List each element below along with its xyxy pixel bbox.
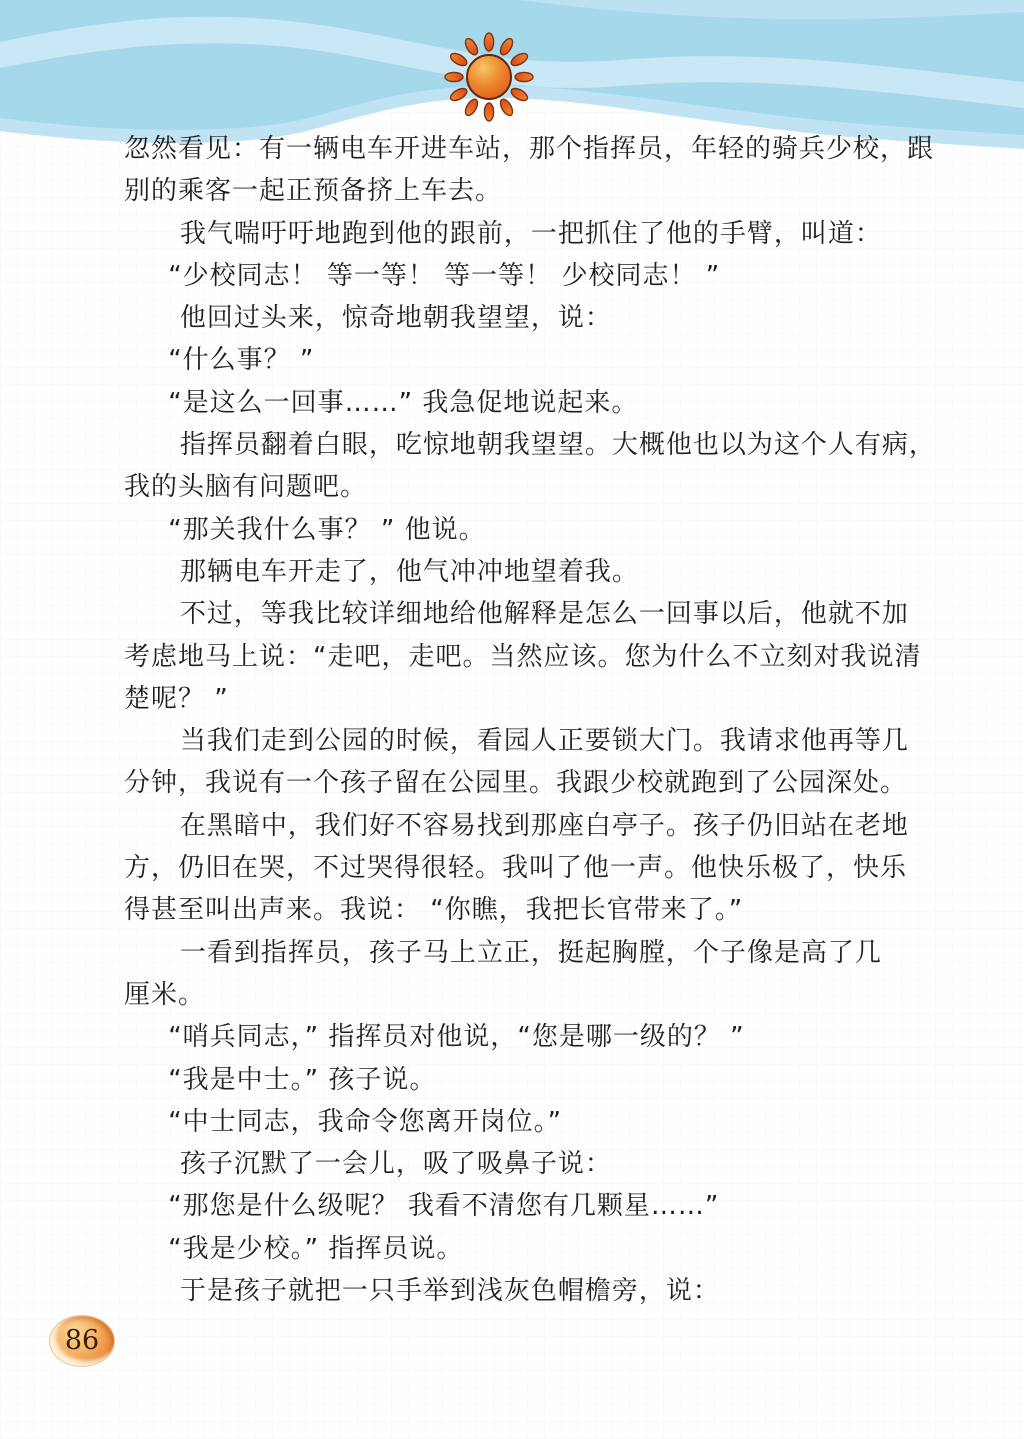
text-line: 不过，等我比较详细地给他解释是怎么一回事以后，他就不加	[124, 593, 906, 635]
text-line: 楚呢？ ”	[124, 678, 906, 720]
text-line: “少校同志！ 等一等！ 等一等！ 少校同志！ ”	[124, 255, 906, 297]
page-number: 86	[65, 1325, 99, 1356]
text-line: 我气喘吁吁地跑到他的跟前，一把抓住了他的手臂，叫道：	[124, 213, 906, 255]
story-text: 忽然看见：有一辆电车开进车站，那个指挥员，年轻的骑兵少校，跟别的乘客一起正预备挤…	[124, 128, 906, 1312]
text-line: 那辆电车开走了，他气冲冲地望着我。	[124, 551, 906, 593]
text-line: 他回过头来，惊奇地朝我望望，说：	[124, 297, 906, 339]
text-line: “我是少校。” 指挥员说。	[124, 1228, 906, 1270]
text-line: 孩子沉默了一会儿，吸了吸鼻子说：	[124, 1143, 906, 1185]
text-line: 厘米。	[124, 974, 906, 1016]
text-line: “中士同志，我命令您离开岗位。”	[124, 1101, 906, 1143]
text-line: 一看到指挥员，孩子马上立正，挺起胸膛，个子像是高了几	[124, 932, 906, 974]
page-number-badge: 86	[50, 1316, 114, 1366]
text-line: 分钟，我说有一个孩子留在公园里。我跟少校就跑到了公园深处。	[124, 762, 906, 804]
text-line: 忽然看见：有一辆电车开进车站，那个指挥员，年轻的骑兵少校，跟	[124, 128, 906, 170]
text-line: “那关我什么事？ ” 他说。	[124, 509, 906, 551]
text-line: 指挥员翻着白眼，吃惊地朝我望望。大概他也以为这个人有病，	[124, 424, 906, 466]
text-line: 在黑暗中，我们好不容易找到那座白亭子。孩子仍旧站在老地	[124, 805, 906, 847]
text-line: 考虑地马上说：“走吧，走吧。当然应该。您为什么不立刻对我说清	[124, 636, 906, 678]
text-line: “我是中士。” 孩子说。	[124, 1059, 906, 1101]
text-line: 得甚至叫出声来。我说： “你瞧，我把长官带来了。”	[124, 889, 906, 931]
text-line: 于是孩子就把一只手举到浅灰色帽檐旁，说：	[124, 1270, 906, 1312]
text-line: 方，仍旧在哭，不过哭得很轻。我叫了他一声。他快乐极了，快乐	[124, 847, 906, 889]
text-line: “什么事？ ”	[124, 339, 906, 381]
textbook-page: 忽然看见：有一辆电车开进车站，那个指挥员，年轻的骑兵少校，跟别的乘客一起正预备挤…	[0, 0, 1024, 1439]
text-line: 当我们走到公园的时候，看园人正要锁大门。我请求他再等几	[124, 720, 906, 762]
text-line: 我的头脑有问题吧。	[124, 466, 906, 508]
text-line: “那您是什么级呢？ 我看不清您有几颗星……”	[124, 1185, 906, 1227]
text-line: 别的乘客一起正预备挤上车去。	[124, 170, 906, 212]
text-line: “哨兵同志，” 指挥员对他说，“您是哪一级的？ ”	[124, 1016, 906, 1058]
text-line: “是这么一回事……” 我急促地说起来。	[124, 382, 906, 424]
